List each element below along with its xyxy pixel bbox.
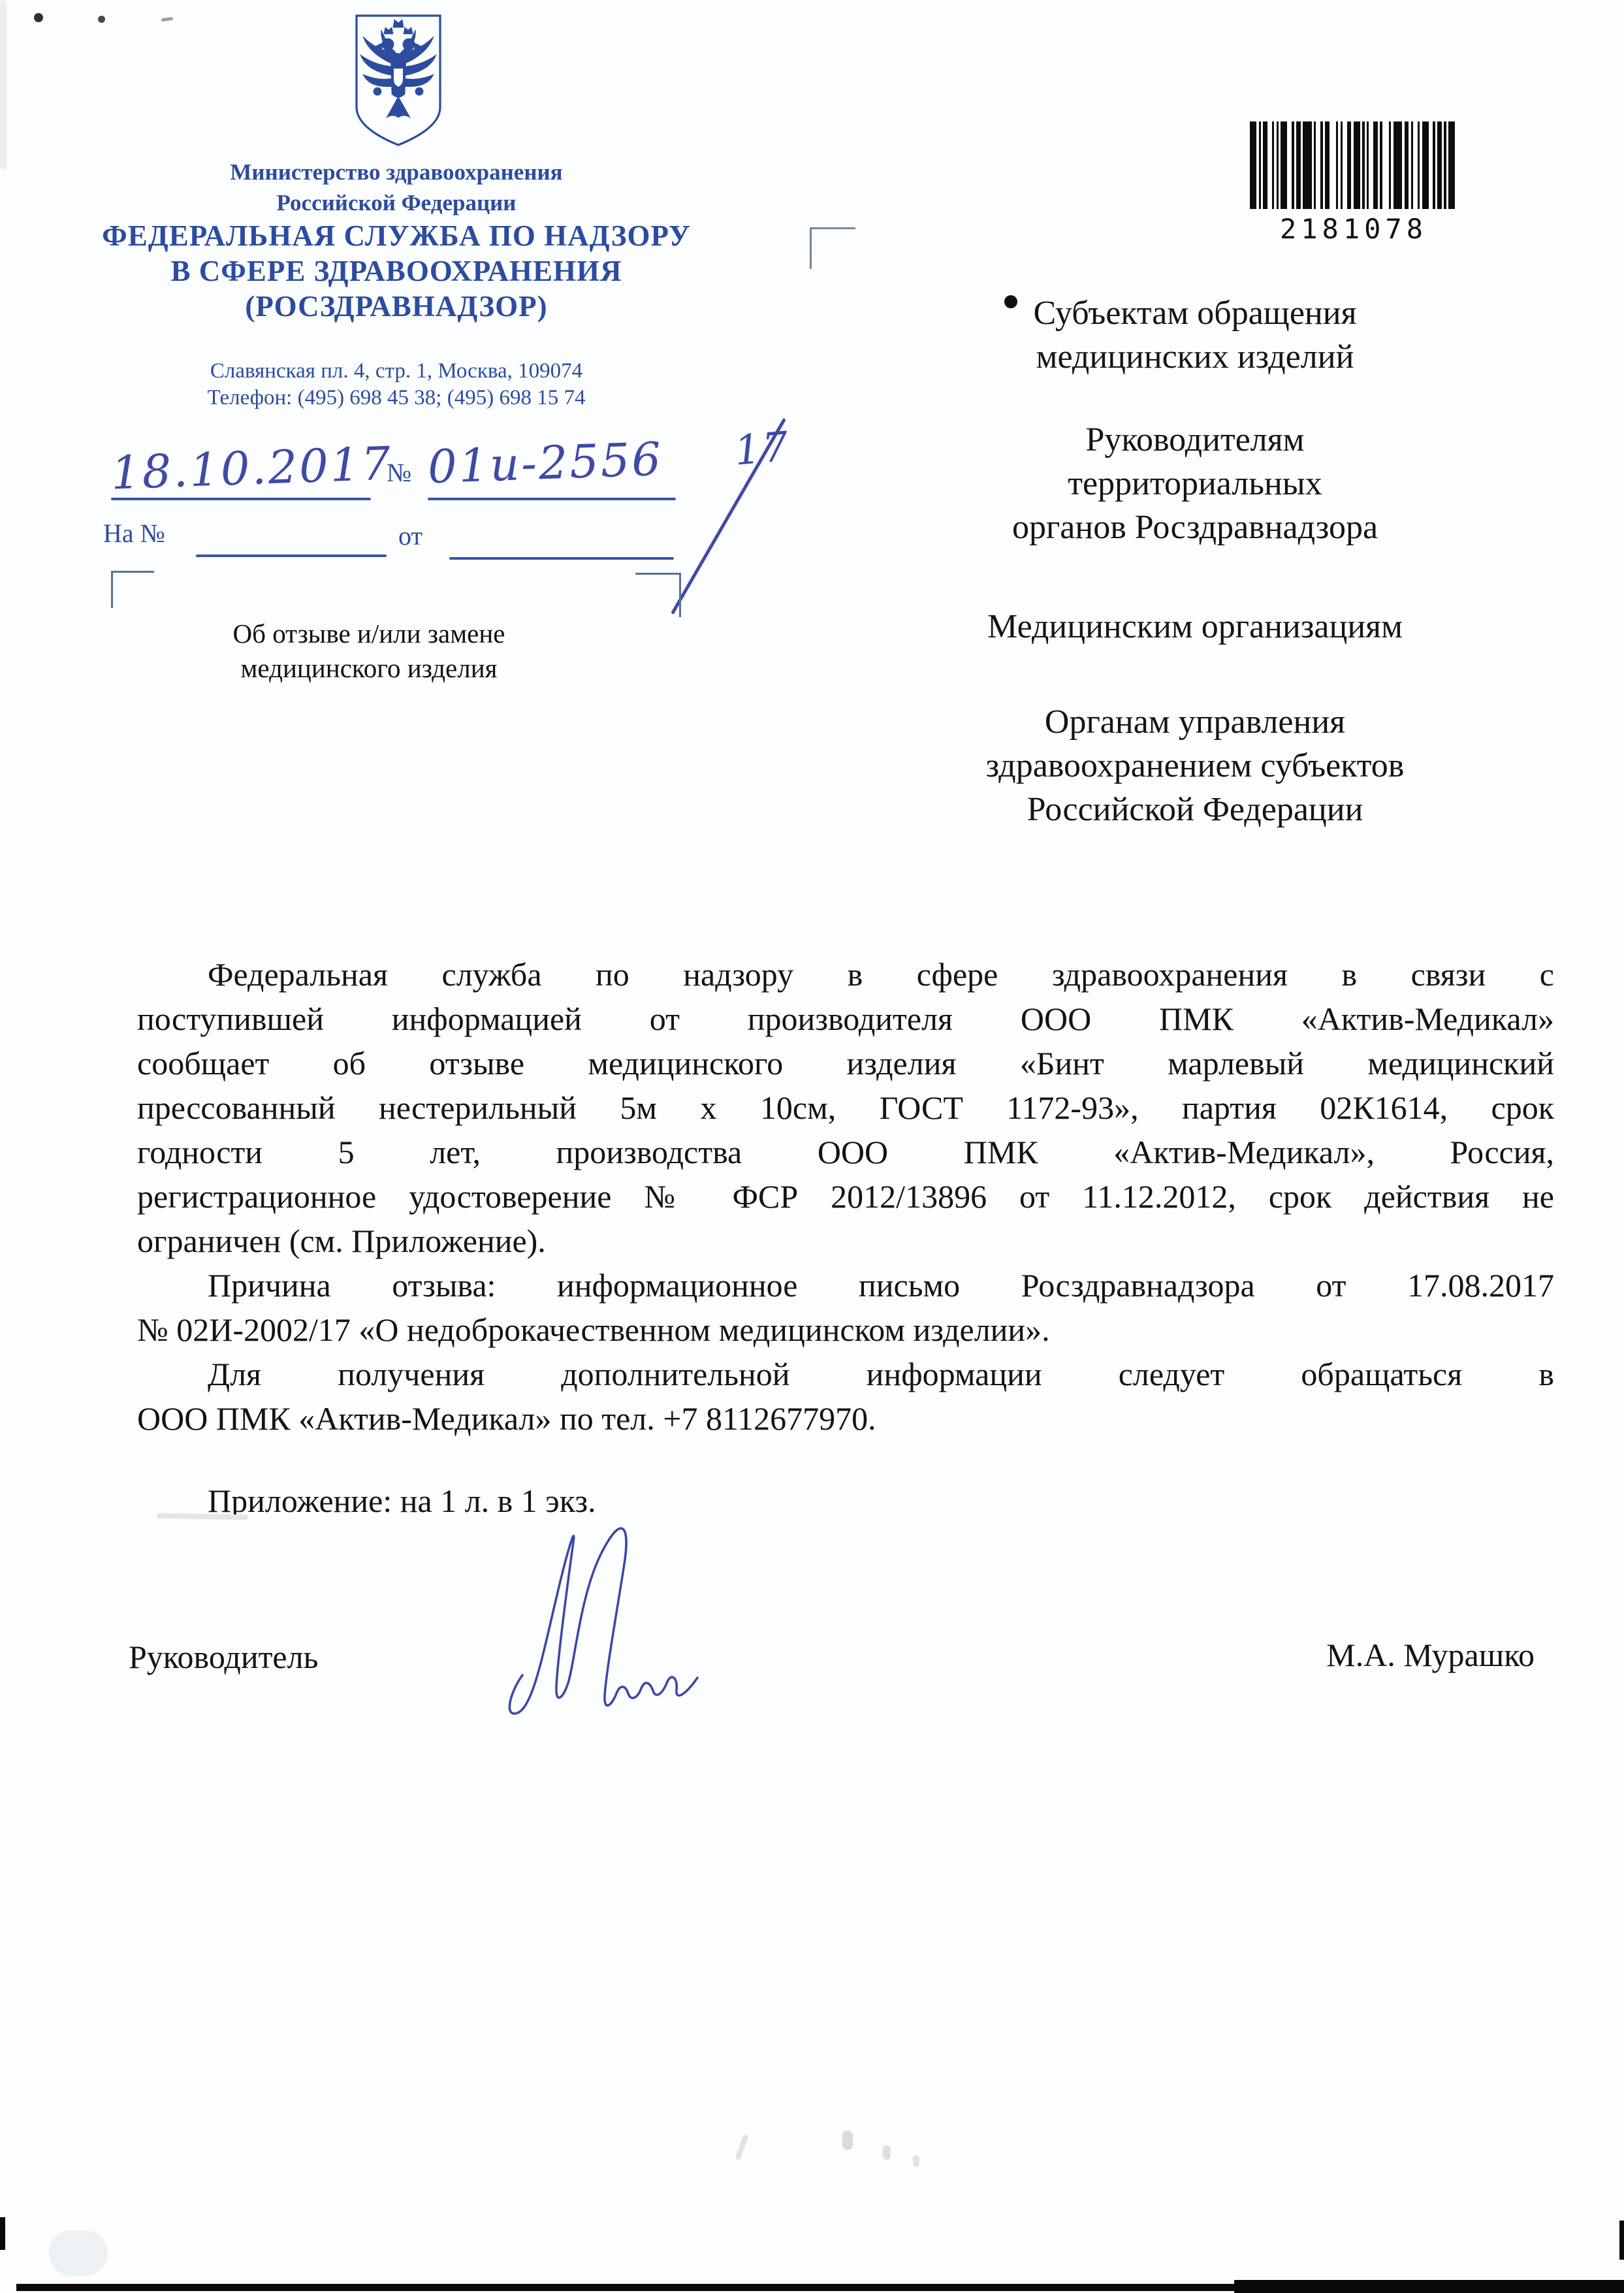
corner-bracket-address-zone bbox=[810, 227, 855, 229]
addressee-line: Руководителям bbox=[868, 418, 1521, 462]
corner-bracket-left bbox=[111, 571, 113, 608]
handwritten-outgoing-number: 01и-2556 bbox=[427, 432, 664, 494]
scan-artifact-edge bbox=[0, 0, 7, 170]
body-line: Причина отзыва: информационное письмо Ро… bbox=[137, 1266, 1554, 1305]
form-underline bbox=[111, 498, 371, 500]
ministry-line: Российской Федерации bbox=[83, 187, 710, 218]
number-sign-label: № bbox=[387, 457, 411, 488]
letterhead-address: Славянская пл. 4, стр. 1, Москва, 109074 bbox=[83, 358, 710, 385]
addressee-line: органов Росздравнадзора bbox=[868, 505, 1521, 549]
form-underline bbox=[449, 557, 674, 560]
body-line: годности 5 лет, производства ООО ПМК «Ак… bbox=[137, 1132, 1554, 1172]
corner-bracket-address-zone bbox=[810, 227, 812, 269]
barcode-gap bbox=[1287, 121, 1292, 209]
signature-icon bbox=[503, 1518, 754, 1734]
barcode-gap bbox=[1413, 121, 1418, 209]
barcode-bar bbox=[1405, 121, 1409, 209]
addressee-line: медицинских изделий bbox=[868, 335, 1521, 379]
ministry-line: Министерство здравоохранения bbox=[83, 157, 710, 187]
ministry-name: Министерство здравоохранения Российской … bbox=[83, 157, 710, 218]
barcode-gap bbox=[1267, 121, 1272, 209]
barcode-gap bbox=[1343, 121, 1347, 209]
addressee-line: Медицинским организациям bbox=[868, 605, 1521, 649]
barcode-bar bbox=[1250, 121, 1256, 209]
service-line: ФЕДЕРАЛЬНАЯ СЛУЖБА ПО НАДЗОРУ bbox=[83, 218, 710, 253]
barcode-bar bbox=[1263, 121, 1267, 209]
signer-name: М.А. Мурашко bbox=[1273, 1636, 1535, 1674]
body-line: сообщает об отзыве медицинского изделия … bbox=[137, 1044, 1554, 1083]
barcode-gap bbox=[1382, 121, 1389, 209]
scan-artifact-dot bbox=[1004, 295, 1017, 308]
body-line: ООО ПМК «Актив-Медикал» по тел. +7 81126… bbox=[137, 1399, 1554, 1438]
letterhead-contacts: Славянская пл. 4, стр. 1, Москва, 109074… bbox=[83, 358, 710, 411]
addressee-line: Субъектам обращения bbox=[868, 291, 1521, 335]
letterhead-phone: Телефон: (495) 698 45 38; (495) 698 15 7… bbox=[83, 385, 710, 411]
barcode-bar bbox=[1281, 121, 1287, 209]
form-underline bbox=[428, 498, 676, 500]
subject-block: Об отзыве и/или замене медицинского изде… bbox=[108, 617, 630, 686]
barcode-gap bbox=[1429, 121, 1433, 209]
barcode-bar bbox=[1422, 121, 1429, 209]
subject-line: медицинского изделия bbox=[108, 651, 630, 686]
scanned-letter-page: Министерство здравоохранения Российской … bbox=[0, 0, 1624, 2293]
addressee-block: Органам управленияздравоохранением субъе… bbox=[868, 700, 1521, 831]
barcode-bar bbox=[1393, 121, 1403, 209]
form-underline bbox=[196, 554, 387, 557]
body-line: прессованный нестерильный 5м х 10см, ГОС… bbox=[137, 1088, 1554, 1127]
barcode-number: 2181078 bbox=[1250, 213, 1457, 245]
corner-bracket-left bbox=[111, 571, 154, 573]
addressee-line: здравоохранением субъектов bbox=[868, 744, 1521, 788]
scan-artifact-ghost bbox=[842, 2130, 853, 2150]
scan-artifact-ghost bbox=[883, 2145, 891, 2160]
scan-artifact-dash bbox=[161, 17, 174, 22]
addressee-line: территориальных bbox=[868, 462, 1521, 505]
body-line: ограничен (см. Приложение). bbox=[137, 1221, 1554, 1260]
reply-from-label: от bbox=[398, 521, 422, 551]
corner-bracket-right bbox=[635, 573, 681, 575]
addressee-block: Субъектам обращениямедицинских изделий bbox=[868, 291, 1521, 379]
addressee-line: Российской Федерации bbox=[868, 788, 1521, 831]
addressee-line: Органам управления bbox=[868, 700, 1521, 744]
body-line: Для получения дополнительной информации … bbox=[137, 1355, 1554, 1394]
scan-artifact-dot bbox=[34, 13, 43, 22]
scan-artifact-smudge bbox=[49, 2230, 108, 2276]
corner-bracket-right bbox=[679, 573, 681, 617]
service-line: В СФЕРЕ ЗДРАВООХРАНЕНИЯ bbox=[83, 253, 710, 289]
reply-number-label: На № bbox=[103, 518, 165, 549]
barcode-bar bbox=[1354, 121, 1360, 209]
barcode-bar bbox=[1296, 121, 1301, 209]
barcode-gap bbox=[1316, 121, 1320, 209]
scan-artifact-dot bbox=[98, 16, 105, 23]
coat-of-arms-icon bbox=[349, 13, 448, 148]
scan-edge-strip bbox=[1619, 2221, 1624, 2260]
handwritten-date: 18.10.2017 bbox=[110, 437, 393, 500]
barcode-gap bbox=[1329, 121, 1336, 209]
scan-edge-strip bbox=[0, 2217, 5, 2250]
body-line: Федеральная служба по надзору в сфере зд… bbox=[137, 955, 1554, 994]
barcode-bar bbox=[1437, 121, 1442, 209]
subject-line: Об отзыве и/или замене bbox=[108, 617, 630, 651]
barcode-bar bbox=[1347, 121, 1352, 209]
barcode-bar bbox=[1373, 121, 1378, 209]
service-name: ФЕДЕРАЛЬНАЯ СЛУЖБА ПО НАДЗОРУ В СФЕРЕ ЗД… bbox=[83, 218, 710, 324]
barcode-gap bbox=[1455, 121, 1457, 209]
barcode-bar bbox=[1325, 121, 1329, 209]
scan-artifact-ghost bbox=[735, 2134, 748, 2160]
barcode-bar bbox=[1448, 121, 1455, 209]
barcode-bar bbox=[1303, 121, 1312, 209]
handwritten-number-suffix: 17 bbox=[733, 422, 792, 474]
addressee-block: Руководителямтерриториальныхорганов Росз… bbox=[868, 418, 1521, 549]
service-line: (РОСЗДРАВНАДЗОР) bbox=[83, 289, 710, 324]
barcode-gap bbox=[1369, 121, 1373, 209]
body-line: № 02И-2002/17 «О недоброкачественном мед… bbox=[137, 1310, 1554, 1349]
body-line: регистрационное удостоверение № ФСР 2012… bbox=[137, 1177, 1554, 1216]
addressee-block: Медицинским организациям bbox=[868, 605, 1521, 649]
scan-artifact-ghost bbox=[913, 2155, 919, 2167]
signer-title: Руководитель bbox=[129, 1638, 318, 1676]
body-line: Приложение: на 1 л. в 1 экз. bbox=[137, 1481, 1554, 1520]
scan-edge-strip bbox=[1234, 2280, 1624, 2293]
barcode-icon bbox=[1250, 121, 1457, 209]
body-line: поступившей информацией от производителя… bbox=[137, 999, 1554, 1038]
